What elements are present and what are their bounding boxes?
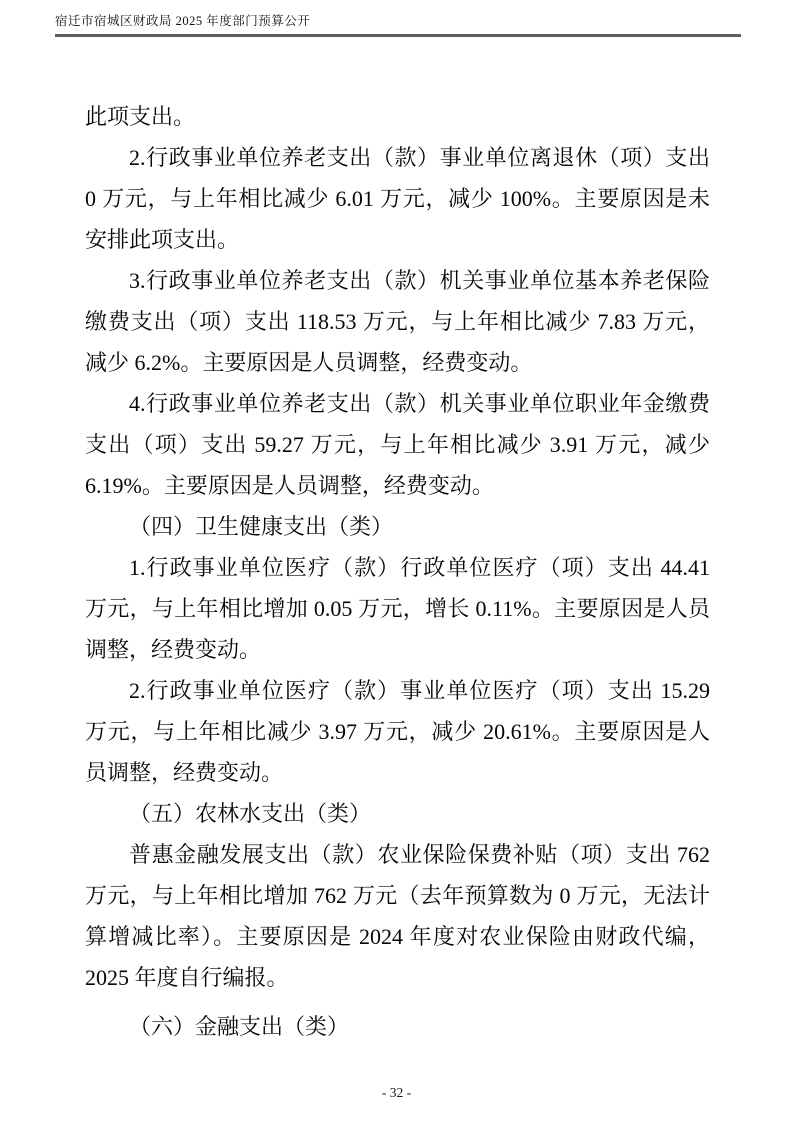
paragraph-medical-item-1: 1.行政事业单位医疗（款）行政单位医疗（项）支出 44.41 万元，与上年相比增… [85, 547, 710, 670]
document-page: 宿迁市宿城区财政局 2025 年度部门预算公开 此项支出。 2.行政事业单位养老… [0, 0, 793, 1122]
paragraph-medical-item-2: 2.行政事业单位医疗（款）事业单位医疗（项）支出 15.29 万元，与上年相比减… [85, 670, 710, 793]
section-heading-health: （四）卫生健康支出（类） [85, 506, 710, 547]
paragraph-pension-item-2: 2.行政事业单位养老支出（款）事业单位离退休（项）支出 0 万元，与上年相比减少… [85, 137, 710, 260]
paragraph-pension-item-4: 4.行政事业单位养老支出（款）机关事业单位职业年金缴费支出（项）支出 59.27… [85, 383, 710, 506]
page-footer: - 32 - [0, 1085, 793, 1101]
page-header: 宿迁市宿城区财政局 2025 年度部门预算公开 [55, 11, 741, 37]
paragraph-agriculture-insurance: 普惠金融发展支出（款）农业保险保费补贴（项）支出 762 万元，与上年相比增加 … [85, 834, 710, 998]
paragraph-pension-item-3: 3.行政事业单位养老支出（款）机关事业单位基本养老保险缴费支出（项）支出 118… [85, 260, 710, 383]
paragraph-continuation: 此项支出。 [85, 96, 710, 137]
page-header-title: 宿迁市宿城区财政局 2025 年度部门预算公开 [55, 11, 741, 29]
section-heading-finance: （六）金融支出（类） [85, 1006, 710, 1047]
page-number: - 32 - [382, 1085, 411, 1100]
document-body: 此项支出。 2.行政事业单位养老支出（款）事业单位离退休（项）支出 0 万元，与… [85, 96, 710, 1047]
section-heading-agriculture: （五）农林水支出（类） [85, 793, 710, 834]
